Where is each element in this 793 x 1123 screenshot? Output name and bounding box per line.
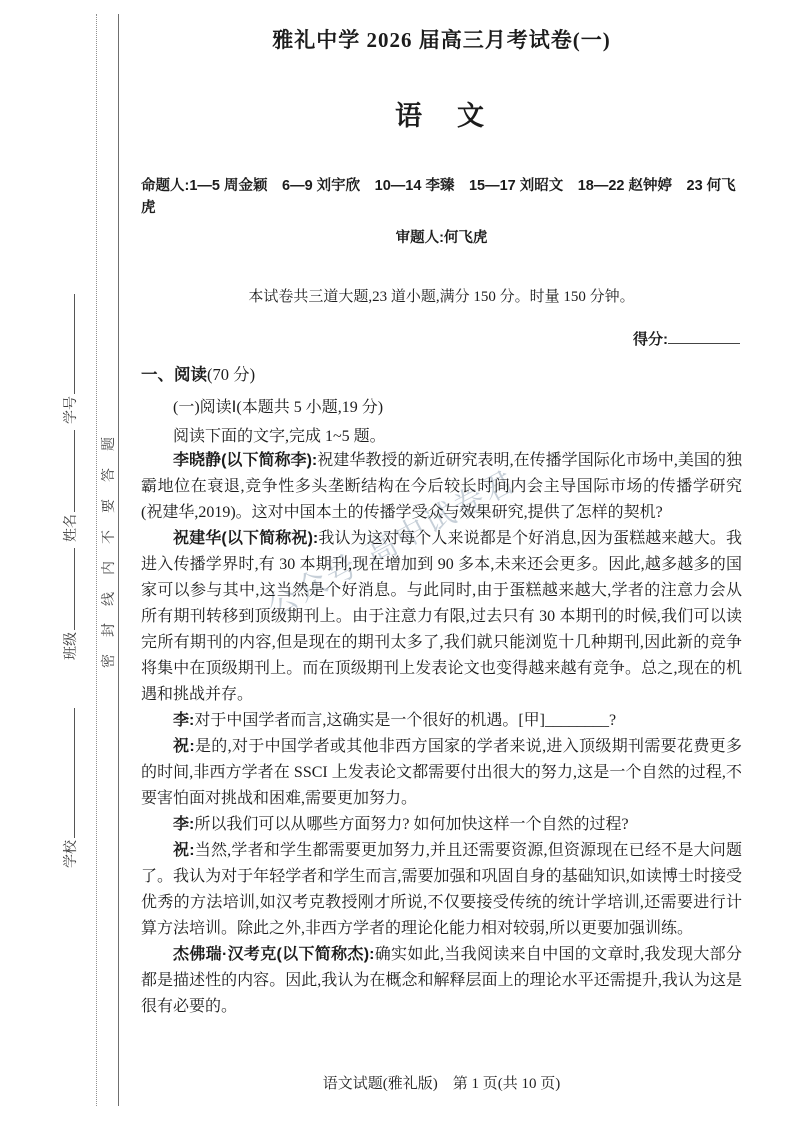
exam-page: 雅礼中学 2026 届高三月考试卷(一) 语 文 命题人:1—5 周金颖 6—9… <box>141 0 742 1020</box>
exam-info-line: 本试卷共三道大题,23 道小题,满分 150 分。时量 150 分钟。 <box>141 285 742 306</box>
speech-text: 是的,对于中国学者或其他非西方国家的学者来说,进入顶级期刊需要花费更多的时间,非… <box>141 738 742 807</box>
speech-text: 对于中国学者而言,这确实是一个很好的机遇。[甲]________? <box>194 712 616 729</box>
name-blank <box>63 430 75 512</box>
speaker-name: 杰佛瑞·汉考克(以下简称杰): <box>173 946 374 963</box>
page-footer: 语文试题(雅礼版) 第 1 页(共 10 页) <box>141 1072 742 1093</box>
reviewer-name: 何飞虎 <box>444 230 488 246</box>
score-blank <box>668 331 740 344</box>
speech-text: 所以我们可以从哪些方面努力? 如何加快这样一个自然的过程? <box>194 816 628 833</box>
seal-dotted-line <box>96 14 97 1106</box>
reviewer-label: 审题人: <box>396 230 444 246</box>
section-heading-bold: 一、阅读 <box>141 366 207 384</box>
student-id-blank <box>63 294 75 394</box>
reviewer-line: 审题人:何飞虎 <box>141 226 742 247</box>
passage-paragraph: 李:所以我们可以从哪些方面努力? 如何加快这样一个自然的过程? <box>141 812 742 838</box>
class-blank <box>63 548 75 630</box>
speaker-name: 李: <box>173 712 194 729</box>
setters-label: 命题人: <box>141 178 189 194</box>
section-heading: 一、阅读(70 分) <box>141 361 742 385</box>
class-label: 班级 <box>62 632 78 660</box>
passage-paragraph: 李晓静(以下简称李):祝建华教授的新近研究表明,在传播学国际化市场中,美国的独霸… <box>141 448 742 526</box>
speech-text: 当然,学者和学生都需要更加努力,并且还需要资源,但资源现在已经不是大问题了。我认… <box>141 842 742 937</box>
school-blank <box>63 708 75 838</box>
name-label: 姓名 <box>62 514 78 542</box>
score-label: 得分: <box>633 331 668 348</box>
passage-paragraph: 杰佛瑞·汉考克(以下简称杰):确实如此,当我阅读来自中国的文章时,我发现大部分都… <box>141 942 742 1020</box>
passage-paragraph: 祝:是的,对于中国学者或其他非西方国家的学者来说,进入顶级期刊需要花费更多的时间… <box>141 734 742 812</box>
speaker-name: 李晓静(以下简称李): <box>173 452 317 469</box>
subsection-heading: (一)阅读Ⅰ(本题共 5 小题,19 分) <box>141 394 742 417</box>
setters-line: 命题人:1—5 周金颖 6—9 刘宇欣 10—14 李臻 15—17 刘昭文 1… <box>141 175 742 219</box>
score-row: 得分: <box>141 328 742 349</box>
passage: 李晓静(以下简称李):祝建华教授的新近研究表明,在传播学国际化市场中,美国的独霸… <box>141 448 742 1020</box>
subject-title: 语 文 <box>141 94 742 133</box>
student-info-fields: 班级姓名学号 <box>60 198 80 660</box>
student-id-label: 学号 <box>62 396 78 424</box>
passage-paragraph: 祝建华(以下简称祝):我认为这对每个人来说都是个好消息,因为蛋糕越来越大。我进入… <box>141 526 742 708</box>
seal-warning-text: 密封线内不要答题 <box>98 368 118 668</box>
seal-solid-line <box>118 14 119 1106</box>
speech-text: 我认为这对每个人来说都是个好消息,因为蛋糕越来越大。我进入传播学界时,有 30 … <box>141 530 742 703</box>
passage-intro: 阅读下面的文字,完成 1~5 题。 <box>141 423 742 446</box>
speaker-name: 祝: <box>173 842 195 859</box>
exam-header-title: 雅礼中学 2026 届高三月考试卷(一) <box>141 24 742 54</box>
passage-paragraph: 李:对于中国学者而言,这确实是一个很好的机遇。[甲]________? <box>141 708 742 734</box>
passage-paragraph: 祝:当然,学者和学生都需要更加努力,并且还需要资源,但资源现在已经不是大问题了。… <box>141 838 742 942</box>
school-label: 学校 <box>62 840 78 868</box>
section-heading-rest: (70 分) <box>207 365 255 384</box>
speaker-name: 李: <box>173 816 194 833</box>
speaker-name: 祝建华(以下简称祝): <box>173 530 318 547</box>
setters-names: 1—5 周金颖 6—9 刘宇欣 10—14 李臻 15—17 刘昭文 18—22… <box>141 178 736 216</box>
speaker-name: 祝: <box>173 738 195 755</box>
school-field: 学校 <box>60 686 80 868</box>
